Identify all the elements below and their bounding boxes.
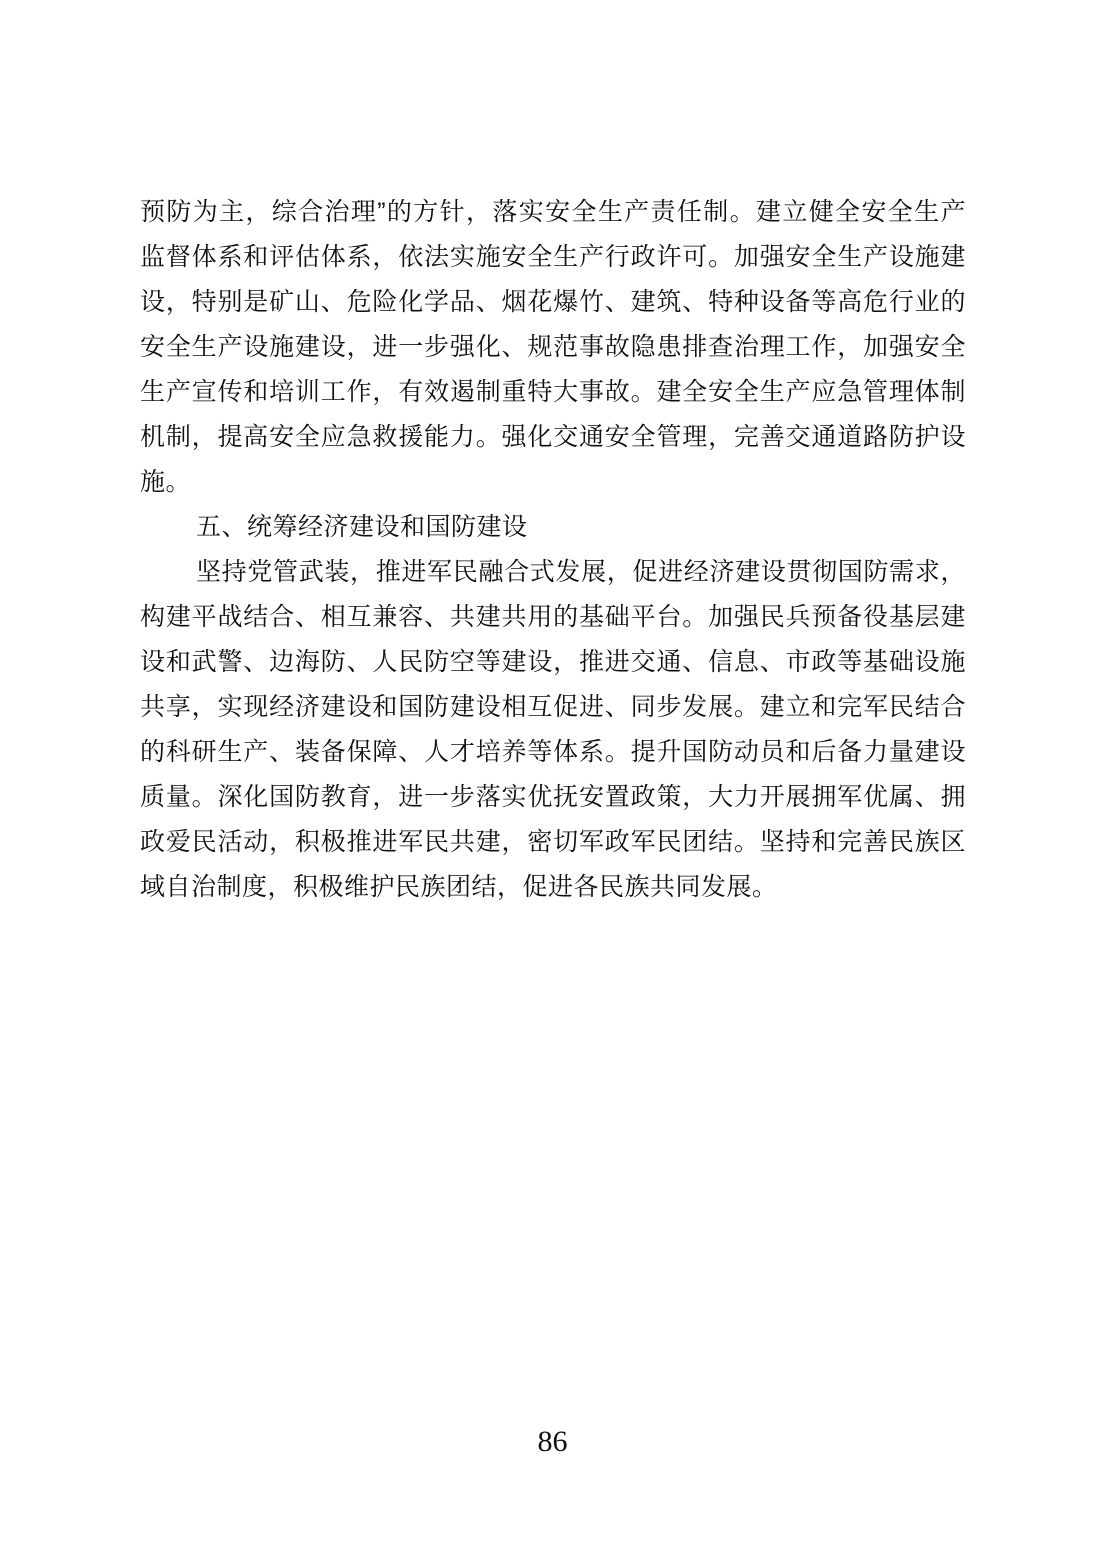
text-line: 监督体系和评估体系，依法实施安全生产行政许可。加强安全生产设施建 xyxy=(140,235,966,280)
document-page: 预防为主，综合治理”的方针，落实安全生产责任制。建立健全安全生产 监督体系和评估… xyxy=(0,0,1105,1550)
text-line: 设，特别是矿山、危险化学品、烟花爆竹、建筑、特种设备等高危行业的 xyxy=(140,280,966,325)
text-line: 的科研生产、装备保障、人才培养等体系。提升国防动员和后备力量建设 xyxy=(140,730,966,775)
section-heading: 五、统筹经济建设和国防建设 xyxy=(140,505,966,550)
text-line: 域自治制度，积极维护民族团结，促进各民族共同发展。 xyxy=(140,865,966,910)
text-line: 安全生产设施建设，进一步强化、规范事故隐患排查治理工作，加强安全 xyxy=(140,325,966,370)
text-block: 预防为主，综合治理”的方针，落实安全生产责任制。建立健全安全生产 监督体系和评估… xyxy=(140,190,966,910)
page-number: 86 xyxy=(0,1424,1105,1460)
text-line: 质量。深化国防教育，进一步落实优抚安置政策，大力开展拥军优属、拥 xyxy=(140,775,966,820)
text-line: 机制，提高安全应急救援能力。强化交通安全管理，完善交通道路防护设 xyxy=(140,415,966,460)
text-line: 施。 xyxy=(140,460,966,505)
text-line: 设和武警、边海防、人民防空等建设，推进交通、信息、市政等基础设施 xyxy=(140,640,966,685)
text-line: 坚持党管武装，推进军民融合式发展，促进经济建设贯彻国防需求， xyxy=(140,550,966,595)
text-line: 构建平战结合、相互兼容、共建共用的基础平台。加强民兵预备役基层建 xyxy=(140,595,966,640)
text-line: 共享，实现经济建设和国防建设相互促进、同步发展。建立和完军民结合 xyxy=(140,685,966,730)
paragraph-defense: 坚持党管武装，推进军民融合式发展，促进经济建设贯彻国防需求， 构建平战结合、相互… xyxy=(140,550,966,910)
paragraph-safety: 预防为主，综合治理”的方针，落实安全生产责任制。建立健全安全生产 监督体系和评估… xyxy=(140,190,966,505)
text-line: 政爱民活动，积极推进军民共建，密切军政军民团结。坚持和完善民族区 xyxy=(140,820,966,865)
text-line: 生产宣传和培训工作，有效遏制重特大事故。建全安全生产应急管理体制 xyxy=(140,370,966,415)
text-line: 预防为主，综合治理”的方针，落实安全生产责任制。建立健全安全生产 xyxy=(140,190,966,235)
